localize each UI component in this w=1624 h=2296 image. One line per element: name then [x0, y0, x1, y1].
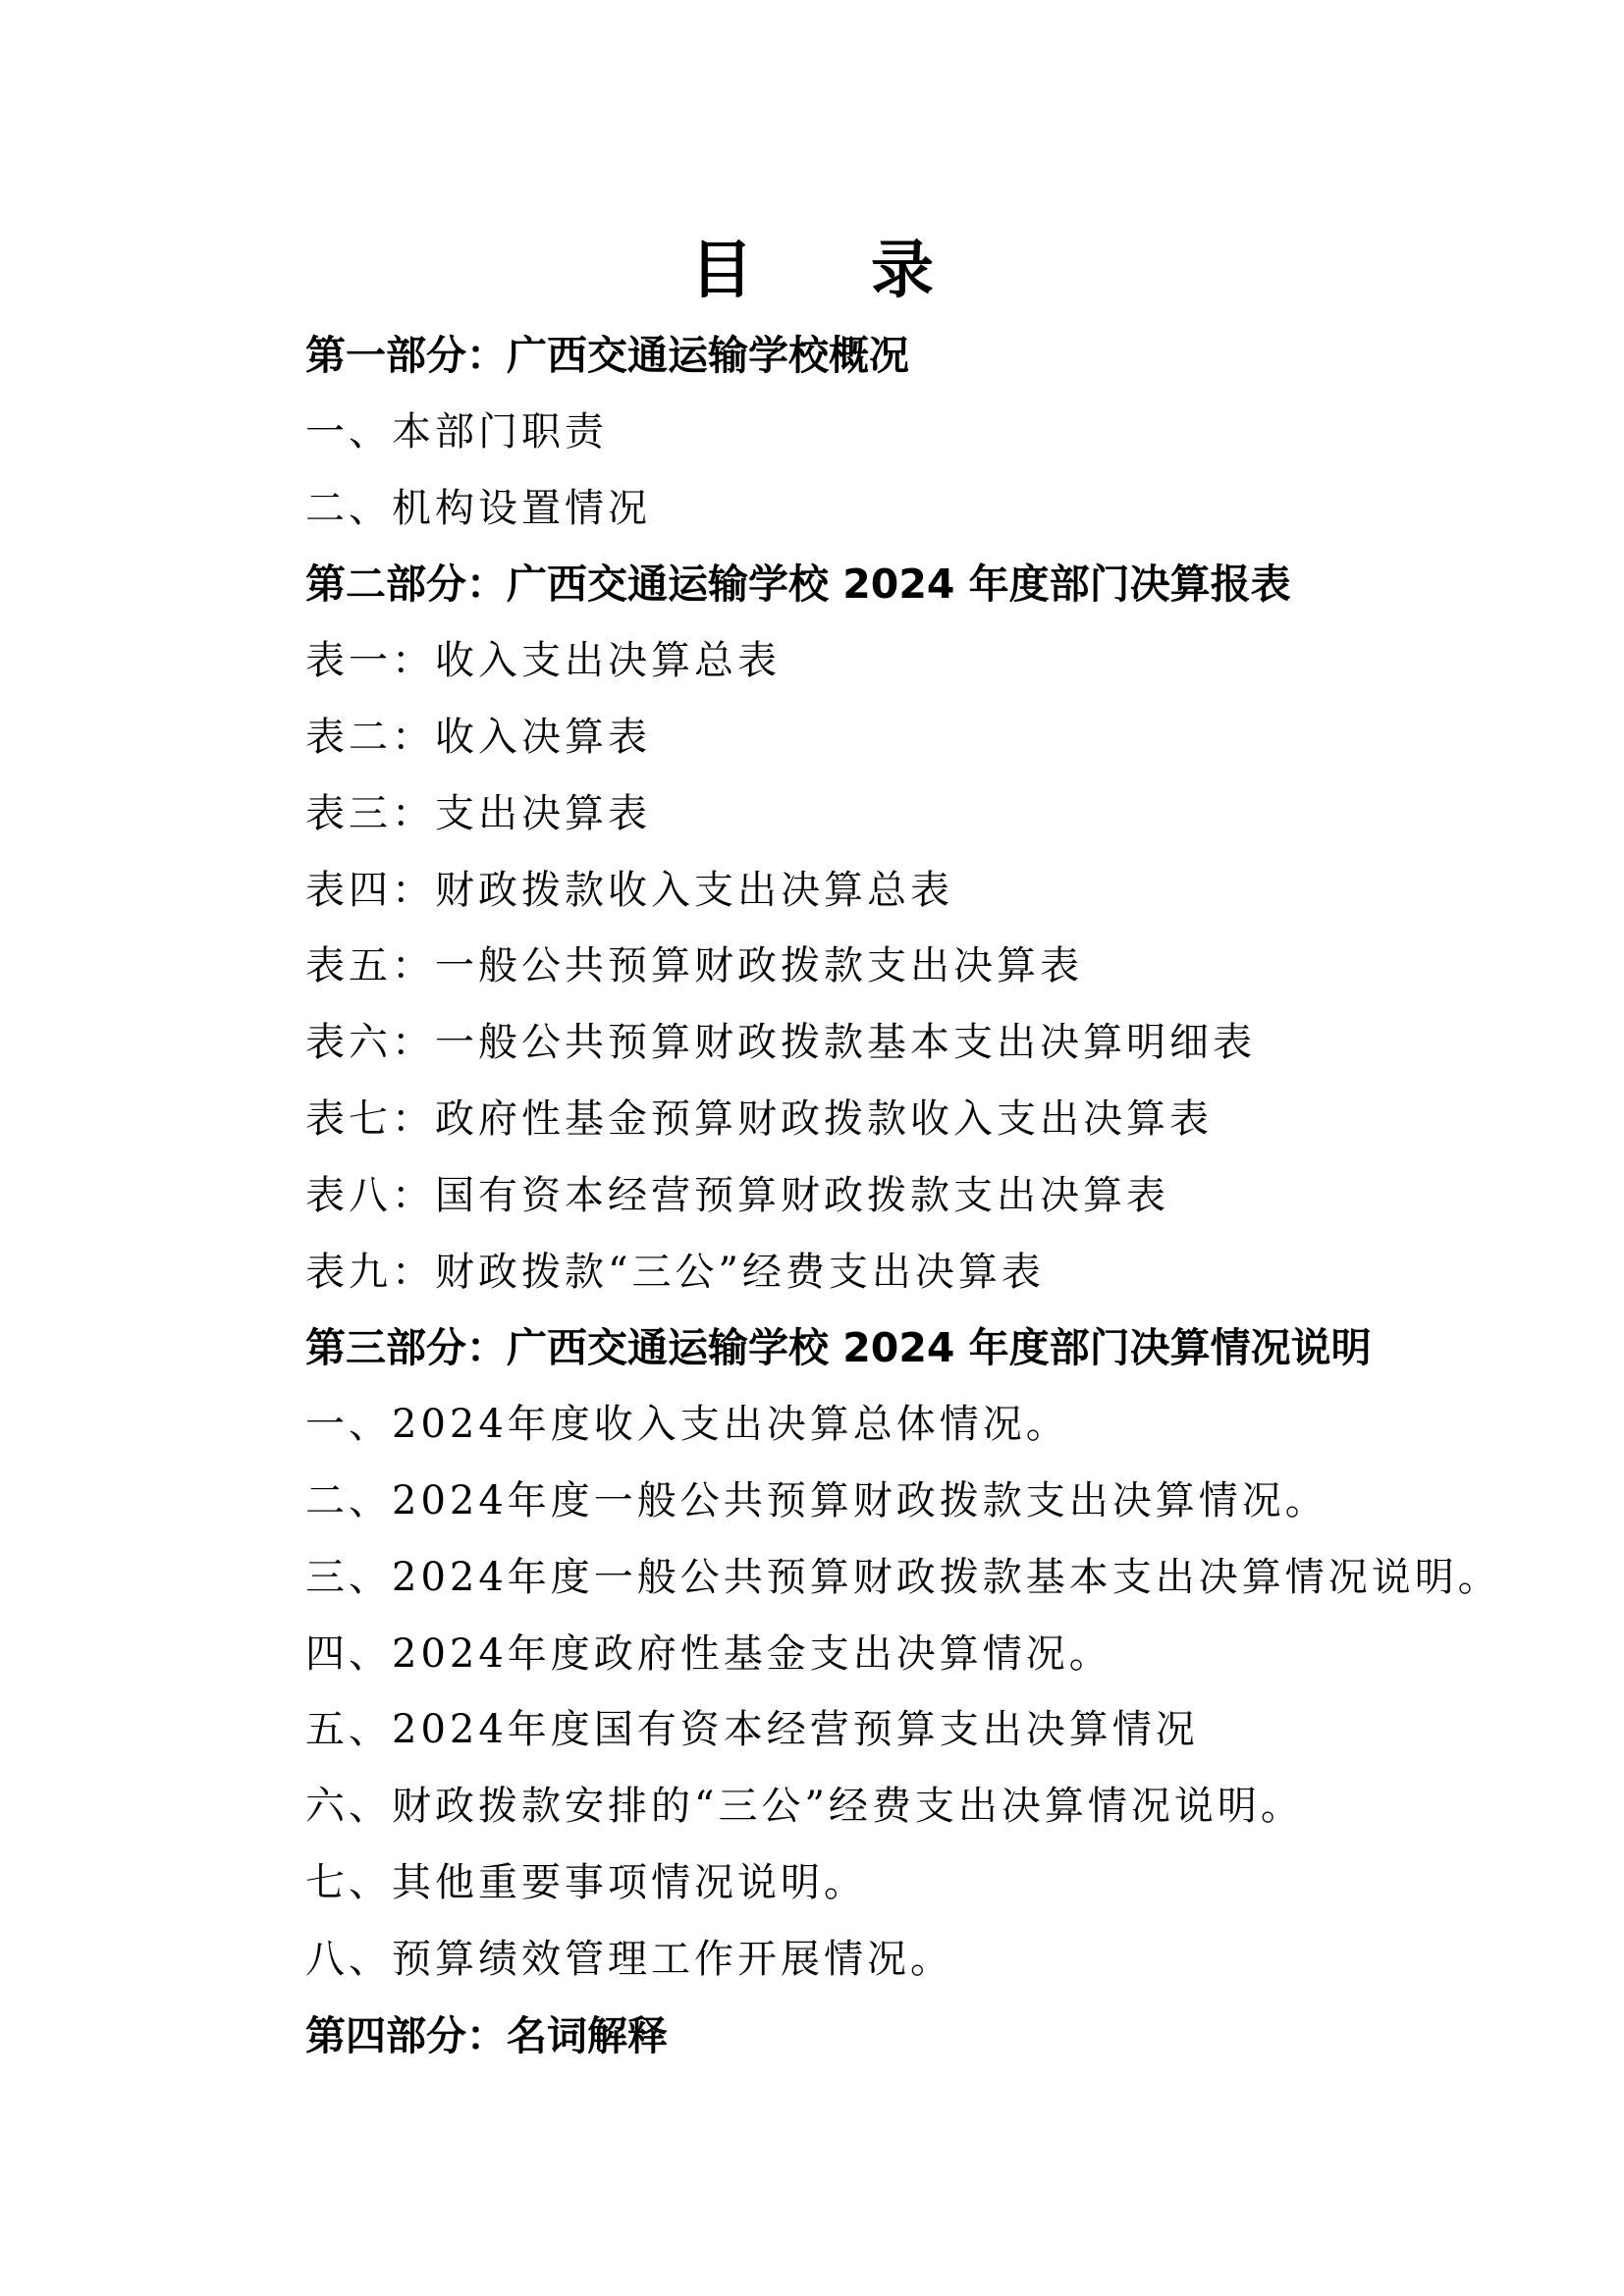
toc-item: 表九：财政拨款“三公”经费支出决算表	[305, 1245, 1533, 1321]
toc-item: 七、其他重要事项情况说明。	[305, 1855, 1533, 1932]
toc-item-text: 七、其他重要事项情况说明。	[305, 1855, 867, 1910]
toc-item: 一、2024年度收入支出决算总体情况。	[305, 1397, 1533, 1473]
toc-title: 目录	[0, 232, 1624, 310]
toc-item: 五、2024年度国有资本经营预算支出决算情况	[305, 1702, 1533, 1779]
toc-item-text: 表九：财政拨款“三公”经费支出决算表	[305, 1245, 1045, 1300]
toc-item-text: 五、2024年度国有资本经营预算支出决算情况	[305, 1702, 1199, 1757]
toc-item: 二、机构设置情况	[305, 481, 1533, 558]
toc-part-4: 第四部分：名词解释	[305, 2008, 1533, 2085]
toc-part-2: 第二部分：广西交通运输学校 2024 年度部门决算报表	[305, 557, 1533, 633]
toc-item-text: 八、预算绩效管理工作开展情况。	[305, 1932, 953, 1987]
document-page: 目录 第一部分：广西交通运输学校概况 一、本部门职责 二、机构设置情况 第二部分…	[0, 0, 1624, 2296]
toc-item-text: 三、2024年度一般公共预算财政拨款基本支出决算情况说明。	[305, 1550, 1501, 1605]
toc-item-text: 表一：收入支出决算总表	[305, 633, 781, 688]
toc-part-heading: 第四部分：名词解释	[305, 2008, 668, 2063]
toc-item: 表一：收入支出决算总表	[305, 633, 1533, 710]
toc-item-text: 表七：政府性基金预算财政拨款收入支出决算表	[305, 1092, 1213, 1147]
toc-item-text: 表三：支出决算表	[305, 786, 651, 841]
toc-item-text: 表八：国有资本经营预算财政拨款支出决算表	[305, 1168, 1169, 1223]
toc-item-text: 六、财政拨款安排的“三公”经费支出决算情况说明。	[305, 1779, 1304, 1834]
toc-item: 表五：一般公共预算财政拨款支出决算表	[305, 938, 1533, 1015]
toc-item: 表二：收入决算表	[305, 710, 1533, 786]
toc-item-text: 一、2024年度收入支出决算总体情况。	[305, 1397, 1069, 1452]
toc-item: 表六：一般公共预算财政拨款基本支出决算明细表	[305, 1015, 1533, 1092]
toc-item-text: 表二：收入决算表	[305, 710, 651, 765]
toc-part-1: 第一部分：广西交通运输学校概况	[305, 328, 1533, 404]
toc-item-text: 四、2024年度政府性基金支出决算情况。	[305, 1627, 1112, 1682]
toc-item-text: 二、2024年度一般公共预算财政拨款支出决算情况。	[305, 1473, 1328, 1528]
toc-item-text: 表五：一般公共预算财政拨款支出决算表	[305, 938, 1083, 993]
toc-item-text: 表六：一般公共预算财政拨款基本支出决算明细表	[305, 1015, 1256, 1070]
toc-item: 一、本部门职责	[305, 404, 1533, 481]
toc-item-text: 表四：财政拨款收入支出决算总表	[305, 863, 953, 918]
toc-title-char-1: 目	[690, 232, 753, 310]
toc-item: 八、预算绩效管理工作开展情况。	[305, 1932, 1533, 2008]
toc-item: 四、2024年度政府性基金支出决算情况。	[305, 1627, 1533, 1703]
toc-item: 表四：财政拨款收入支出决算总表	[305, 863, 1533, 939]
toc-part-heading: 第二部分：广西交通运输学校 2024 年度部门决算报表	[305, 557, 1291, 612]
table-of-contents: 第一部分：广西交通运输学校概况 一、本部门职责 二、机构设置情况 第二部分：广西…	[305, 328, 1533, 2084]
toc-part-heading: 第三部分：广西交通运输学校 2024 年度部门决算情况说明	[305, 1320, 1372, 1375]
toc-item-text: 一、本部门职责	[305, 404, 608, 459]
toc-part-heading: 第一部分：广西交通运输学校概况	[305, 328, 909, 383]
toc-item: 表八：国有资本经营预算财政拨款支出决算表	[305, 1168, 1533, 1245]
toc-item: 六、财政拨款安排的“三公”经费支出决算情况说明。	[305, 1779, 1533, 1855]
toc-item: 二、2024年度一般公共预算财政拨款支出决算情况。	[305, 1473, 1533, 1550]
toc-part-3: 第三部分：广西交通运输学校 2024 年度部门决算情况说明	[305, 1320, 1533, 1397]
toc-item-text: 二、机构设置情况	[305, 481, 651, 536]
toc-item: 表三：支出决算表	[305, 786, 1533, 863]
toc-title-char-2: 录	[871, 232, 934, 310]
toc-item: 表七：政府性基金预算财政拨款收入支出决算表	[305, 1092, 1533, 1168]
toc-item: 三、2024年度一般公共预算财政拨款基本支出决算情况说明。	[305, 1550, 1533, 1627]
